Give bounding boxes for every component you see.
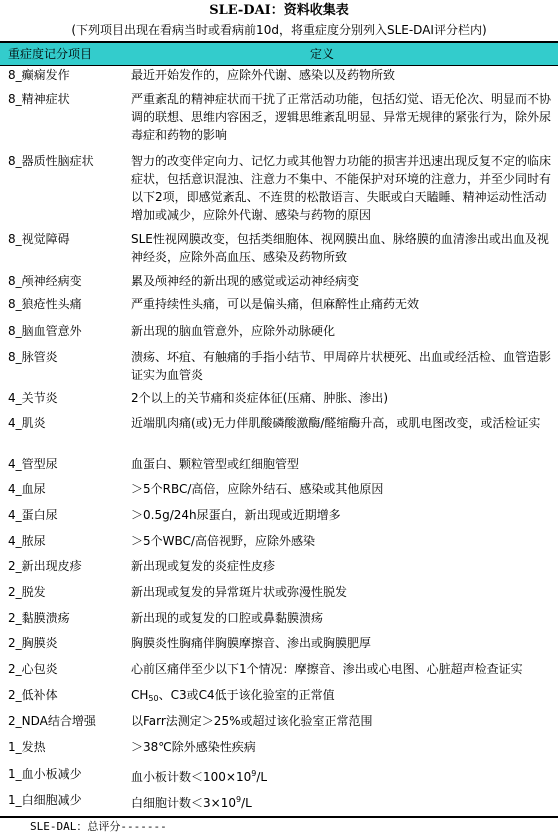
def-text: 血小板计数＜100×10 xyxy=(131,770,251,784)
row-definition: 新出现的或复发的口腔或鼻黏膜溃疡 xyxy=(131,609,551,627)
def-subscript: 50 xyxy=(148,694,158,703)
row-item: 8_脉管炎 xyxy=(8,348,58,366)
row-item: 2_新出现皮疹 xyxy=(8,557,82,575)
row-definition: 新出现或复发的炎症性皮疹 xyxy=(131,557,551,575)
header-item-column: 重症度记分项目 xyxy=(8,46,92,62)
row-definition: 溃疡、坏疽、有触痛的手指小结节、甲周碎片状梗死、出血或经活检、血管造影证实为血管… xyxy=(131,348,551,384)
row-definition: ＞5个RBC/高倍，应除外结石、感染或其他原因 xyxy=(131,480,551,498)
row-definition: SLE性视网膜改变，包括类细胞体、视网膜出血、脉络膜的血清渗出或出血及视神经炎，… xyxy=(131,230,551,266)
row-definition: 最近开始发作的，应除外代谢、感染以及药物所致 xyxy=(131,66,551,84)
row-definition: 2个以上的关节痛和炎症体征(压痛、肿胀、渗出) xyxy=(131,389,551,407)
row-definition: 累及颅神经的新出现的感觉或运动神经病变 xyxy=(131,272,551,290)
def-text: 、C3或C4低于该化验室的正常值 xyxy=(159,688,335,702)
row-item: 4_脓尿 xyxy=(8,532,46,550)
row-item: 8_颅神经病变 xyxy=(8,272,82,290)
row-item: 2_心包炎 xyxy=(8,660,58,678)
row-item: 8_精神症状 xyxy=(8,90,70,108)
row-definition: 严重持续性头痛，可以是偏头痛，但麻醉性止痛药无效 xyxy=(131,295,551,313)
row-item: 2_低补体 xyxy=(8,686,58,704)
row-definition: 血小板计数＜100×109/L xyxy=(131,765,551,786)
footer-divider xyxy=(0,816,558,818)
row-item: 2_胸膜炎 xyxy=(8,634,58,652)
total-score-footer: SLE-DAL：总评分------- xyxy=(30,820,167,834)
row-item: 1_白细胞减少 xyxy=(8,791,82,809)
document-title: SLE-DAI：资料收集表 xyxy=(0,3,558,19)
row-definition: 胸膜炎性胸痛伴胸膜摩擦音、渗出或胸膜肥厚 xyxy=(131,634,551,652)
row-item: 8_癫痫发作 xyxy=(8,66,70,84)
row-definition: 近端肌肉痛(或)无力伴肌酸磷酸激酶/醛缩酶升高，或肌电图改变，或活检证实 xyxy=(131,414,551,432)
row-item: 8_脑血管意外 xyxy=(8,322,82,340)
row-definition: 智力的改变伴定向力、记忆力或其他智力功能的损害并迅速出现反复不定的临床症状，包括… xyxy=(131,152,551,224)
def-text: 白细胞计数＜3×10 xyxy=(131,796,236,810)
row-item: 4_关节炎 xyxy=(8,389,58,407)
row-item: 8_视觉障碍 xyxy=(8,230,70,248)
row-item: 2_NDA结合增强 xyxy=(8,712,96,730)
row-item: 2_黏膜溃疡 xyxy=(8,609,70,627)
def-text: CH xyxy=(131,688,148,702)
def-text: /L xyxy=(241,796,252,810)
row-item: 4_蛋白尿 xyxy=(8,506,58,524)
row-item: 4_血尿 xyxy=(8,480,46,498)
row-definition: 心前区痛伴至少以下1个情况：摩擦音、渗出或心电图、心脏超声检查证实 xyxy=(131,660,551,678)
row-definition: CH50、C3或C4低于该化验室的正常值 xyxy=(131,686,551,708)
row-definition: 新出现的脑血管意外，应除外动脉硬化 xyxy=(131,322,551,340)
row-definition: ＞38℃除外感染性疾病 xyxy=(131,738,551,756)
row-item: 4_肌炎 xyxy=(8,414,46,432)
row-definition: 严重紊乱的精神症状而干扰了正常活动功能，包括幻觉、语无伦次、明显而不协调的联想、… xyxy=(131,90,551,144)
row-item: 1_发热 xyxy=(8,738,46,756)
row-definition: 白细胞计数＜3×109/L xyxy=(131,791,551,812)
row-item: 8_狼疮性头痛 xyxy=(8,295,82,313)
def-text: /L xyxy=(256,770,267,784)
row-item: 8_器质性脑症状 xyxy=(8,152,94,170)
row-definition: 血蛋白、颗粒管型或红细胞管型 xyxy=(131,455,551,473)
document-subtitle: (下列项目出现在看病当时或看病前10d，将重症度分别列入SLE-DAI评分栏内) xyxy=(0,22,558,38)
header-definition-column: 定义 xyxy=(310,46,334,62)
row-definition: ＞5个WBC/高倍视野，应除外感染 xyxy=(131,532,551,550)
row-definition: 新出现或复发的异常斑片状或弥漫性脱发 xyxy=(131,583,551,601)
row-definition: 以Farr法测定＞25%或超过该化验室正常范围 xyxy=(131,712,551,730)
row-item: 2_脱发 xyxy=(8,583,46,601)
table-header: 重症度记分项目 定义 xyxy=(0,41,558,66)
row-definition: ＞0.5g/24h尿蛋白，新出现或近期增多 xyxy=(131,506,551,524)
row-item: 1_血小板减少 xyxy=(8,765,82,783)
row-item: 4_管型尿 xyxy=(8,455,58,473)
